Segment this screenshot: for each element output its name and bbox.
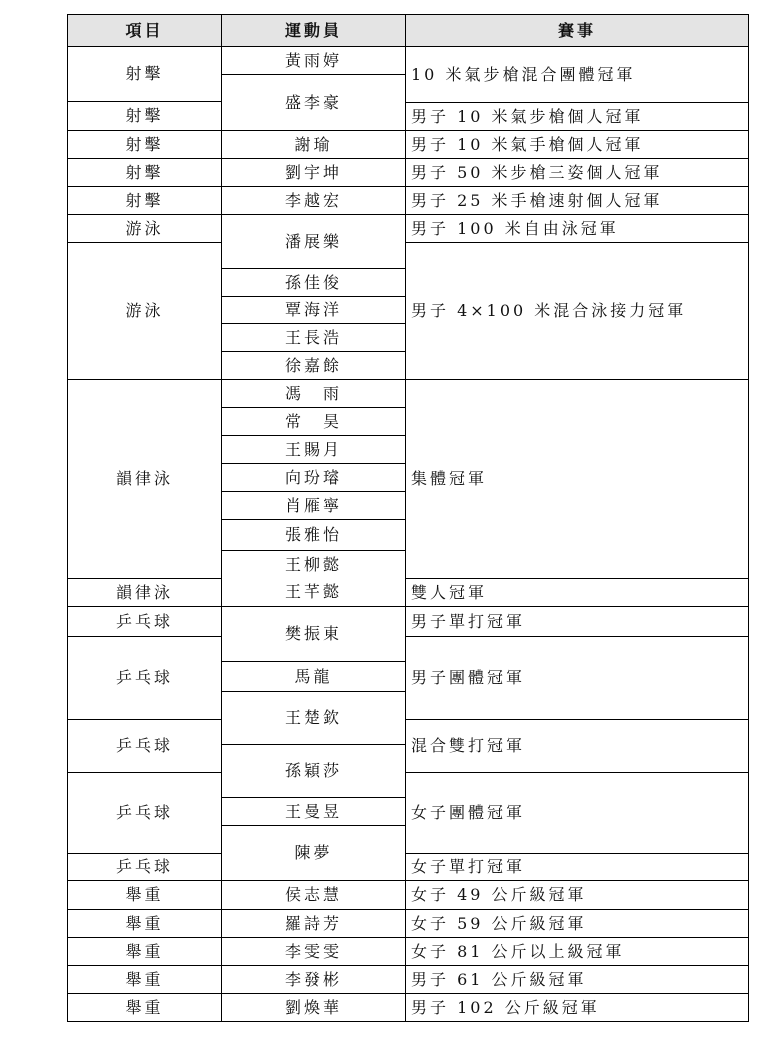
sport-cell: 乒乓球 [67,853,222,881]
event-cell: 雙人冠軍 [405,578,749,607]
event-cell: 女子 49 公斤級冠軍 [405,880,749,910]
sport-cell: 舉重 [67,937,222,966]
athlete-name: 王賜月 [285,442,342,458]
athlete-cell: 謝瑜 [221,130,406,159]
event-cell: 男子 4×100 米混合泳接力冠軍 [405,242,749,380]
event-cell: 男子 10 米氣手槍個人冠軍 [405,130,749,159]
athlete-name: 侯志慧 [285,887,342,903]
athlete-cell: 孫穎莎 [221,744,406,798]
athlete-cell: 劉宇坤 [221,158,406,187]
athlete-name: 李雯雯 [285,944,342,960]
athlete-name: 肖雁寧 [285,498,342,514]
athlete-cell: 李越宏 [221,186,406,215]
athlete-name: 樊振東 [285,626,342,642]
athlete-name: 劉宇坤 [285,165,342,181]
sport-cell: 乒乓球 [67,606,222,637]
athlete-cell: 馮 雨 [221,379,406,408]
athlete-cell: 陳夢 [221,825,406,881]
event-cell: 男子團體冠軍 [405,636,749,720]
sport-cell: 射擊 [67,158,222,187]
event-cell: 男子 50 米步槍三姿個人冠軍 [405,158,749,187]
athlete-cell: 徐嘉餘 [221,351,406,380]
athlete-name: 孫穎莎 [285,763,342,779]
event-cell: 男子單打冠軍 [405,606,749,637]
athlete-name: 王長浩 [285,330,342,346]
athlete-name: 向玢璿 [285,470,342,486]
athlete-name: 徐嘉餘 [285,358,342,374]
athlete-cell: 潘展樂 [221,214,406,269]
athlete-cell: 王曼昱 [221,797,406,826]
athlete-name: 潘展樂 [285,234,342,250]
event-cell: 女子單打冠軍 [405,853,749,881]
athlete-cell: 孫佳俊 [221,268,406,297]
athlete-cell: 張雅怡 [221,519,406,551]
sport-cell: 乒乓球 [67,719,222,773]
athlete-cell: 向玢璿 [221,463,406,492]
sport-cell: 游泳 [67,214,222,243]
athlete-cell: 王賜月 [221,435,406,464]
athlete-name: 劉煥華 [285,1000,342,1016]
sport-cell: 乒乓球 [67,636,222,720]
event-cell: 男子 10 米氣步槍個人冠軍 [405,102,749,131]
athlete-cell: 李雯雯 [221,937,406,966]
header-event: 賽事 [405,14,749,47]
sport-cell: 舉重 [67,909,222,938]
athlete-cell: 馬龍 [221,661,406,692]
header-athlete: 運動員 [221,14,406,47]
champions-table: 項目 運動員 賽事 射擊射擊射擊射擊射擊游泳游泳韻律泳韻律泳乒乓球乒乓球乒乓球乒… [0,0,769,1037]
athlete-cell: 王楚欽 [221,691,406,745]
athlete-name: 王曼昱 [285,804,342,820]
event-cell: 10 米氣步槍混合團體冠軍 [405,46,749,103]
athlete-name: 常 昊 [285,414,342,430]
athlete-cell: 侯志慧 [221,880,406,910]
athlete-cell: 劉煥華 [221,993,406,1022]
event-cell: 男子 100 米自由泳冠軍 [405,214,749,243]
sport-cell: 舉重 [67,993,222,1022]
sport-cell: 射擊 [67,130,222,159]
header-sport: 項目 [67,14,222,47]
event-cell: 男子 25 米手槍速射個人冠軍 [405,186,749,215]
event-cell: 男子 102 公斤級冠軍 [405,993,749,1022]
athlete-cell: 羅詩芳 [221,909,406,938]
athlete-cell: 王柳懿王芊懿 [221,550,406,607]
event-cell: 女子 59 公斤級冠軍 [405,909,749,938]
athlete-cell: 李發彬 [221,965,406,994]
athlete-name: 張雅怡 [285,527,342,543]
athlete-cell: 肖雁寧 [221,491,406,520]
event-cell: 男子 61 公斤級冠軍 [405,965,749,994]
athlete-cell: 覃海洋 [221,296,406,324]
athlete-name: 覃海洋 [285,302,342,318]
sport-cell: 射擊 [67,186,222,215]
athlete-cell: 常 昊 [221,407,406,436]
athlete-name: 黃雨婷 [285,53,342,69]
event-cell: 女子團體冠軍 [405,772,749,854]
athlete-cell: 黃雨婷 [221,46,406,75]
sport-cell: 韻律泳 [67,379,222,579]
athlete-name: 王楚欽 [285,710,342,726]
athlete-name: 盛李豪 [285,95,342,111]
event-cell: 集體冠軍 [405,379,749,579]
athlete-cell: 盛李豪 [221,74,406,131]
athlete-cell: 樊振東 [221,606,406,662]
sport-cell: 舉重 [67,965,222,994]
athlete-name: 馮 雨 [285,386,342,402]
event-cell: 混合雙打冠軍 [405,719,749,773]
athlete-name: 陳夢 [294,845,332,861]
athlete-name: 李發彬 [285,972,342,988]
event-cell: 女子 81 公斤以上級冠軍 [405,937,749,966]
sport-cell: 射擊 [67,101,222,131]
sport-cell: 韻律泳 [67,578,222,607]
athlete-name: 王柳懿 [285,557,342,573]
athlete-name: 馬龍 [294,669,332,685]
athlete-name: 謝瑜 [294,137,332,153]
sport-cell: 舉重 [67,880,222,910]
athlete-cell: 王長浩 [221,323,406,352]
athlete-name: 羅詩芳 [285,916,342,932]
sport-cell: 乒乓球 [67,772,222,854]
sport-cell: 射擊 [67,46,222,102]
athlete-name: 李越宏 [285,193,342,209]
sport-cell: 游泳 [67,242,222,380]
athlete-name: 孫佳俊 [285,275,342,291]
athlete-name: 王芊懿 [285,584,342,600]
